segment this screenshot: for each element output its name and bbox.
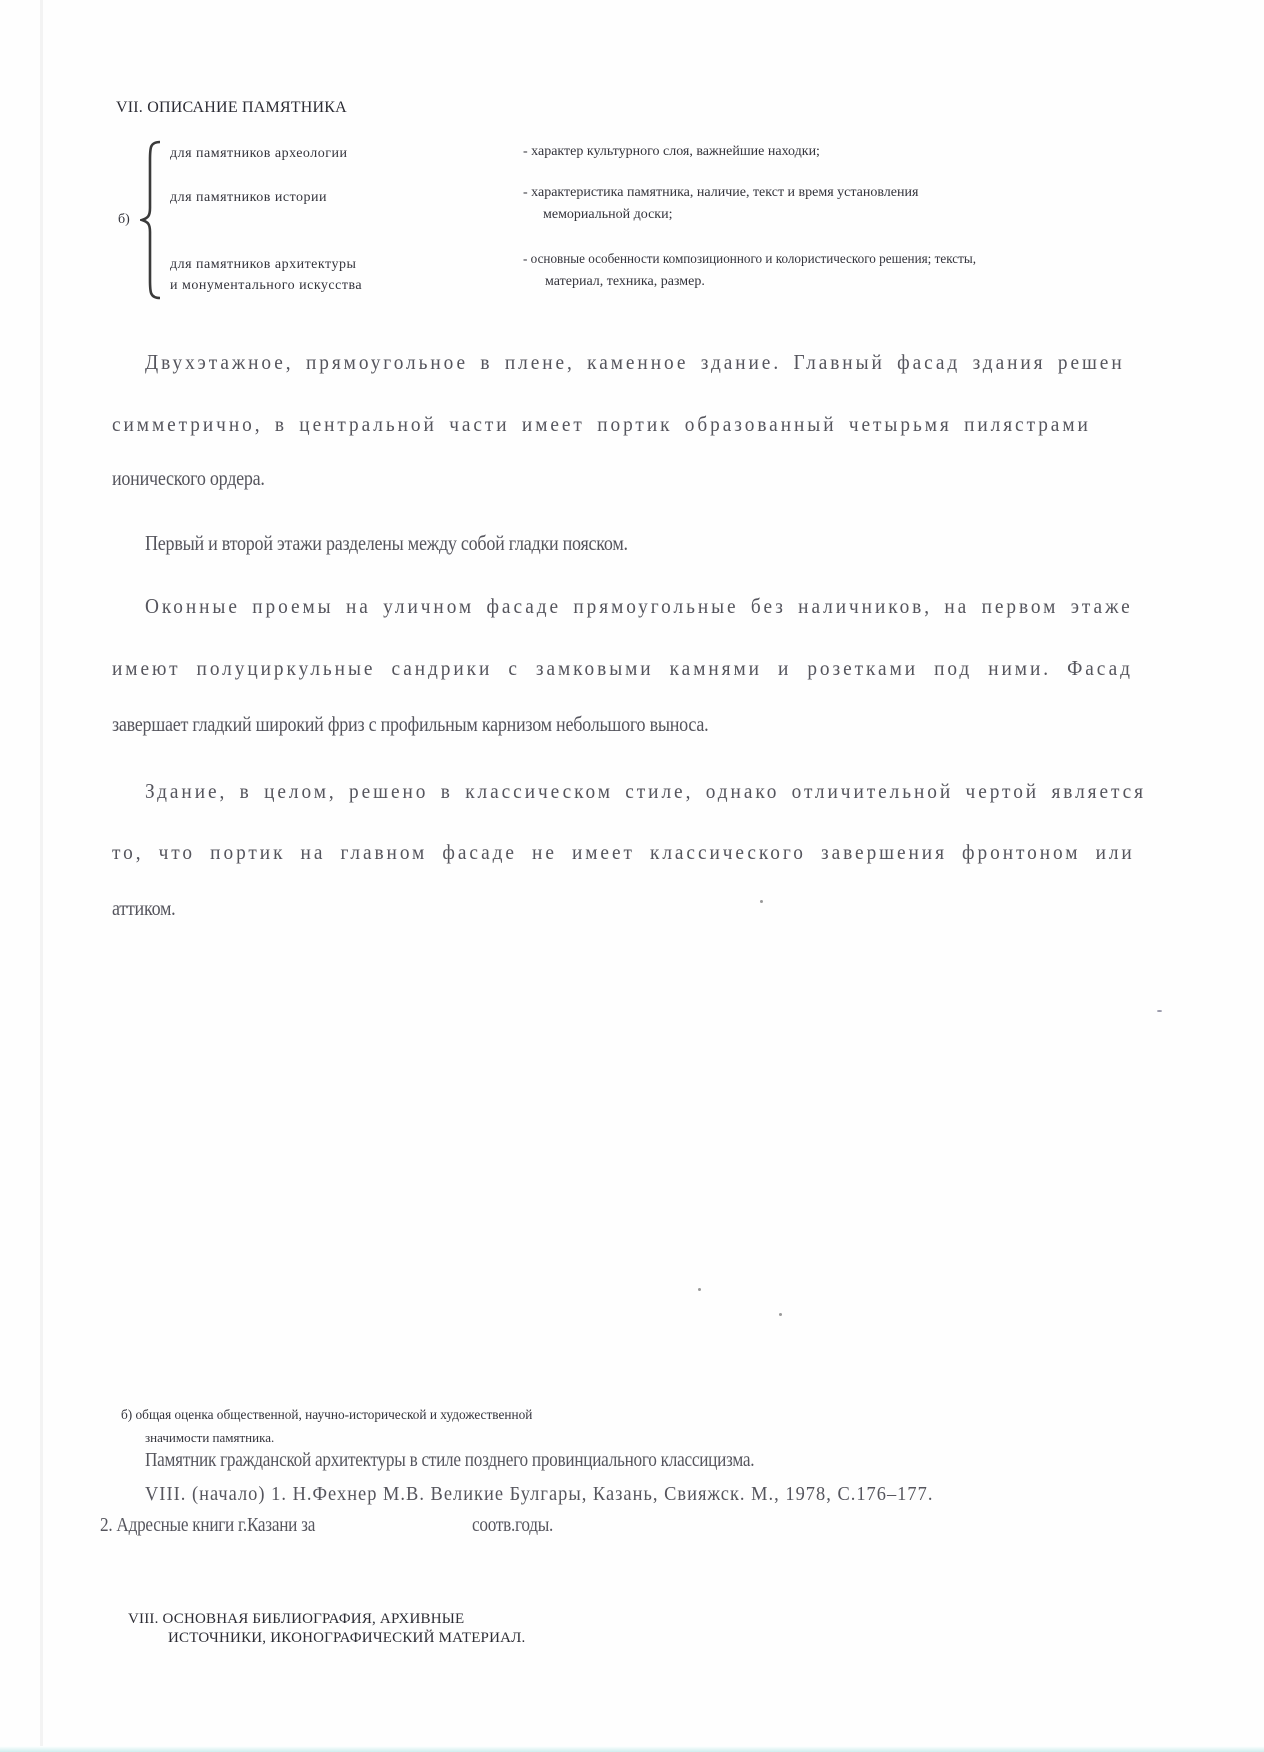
category-label-architecture-cont: и монументального искусства — [170, 278, 362, 294]
bibliography-entry-2: 2. Адресные книги г.Казани за — [100, 1514, 315, 1537]
scan-speck — [760, 900, 763, 903]
bracket-label: б) — [118, 212, 130, 228]
paragraph-4-line-1: Здание, в целом, решено в классическом с… — [145, 779, 1146, 804]
category-description-architecture: - основные особенности композиционного и… — [523, 252, 976, 268]
paragraph-1-line-3: ионического ордера. — [112, 466, 265, 491]
assessment-label-cont: значимости памятника. — [145, 1430, 274, 1446]
assessment-value: Памятник гражданской архитектуры в стиле… — [145, 1449, 754, 1472]
paragraph-3-line-2: имеют полуциркульные сандрики с замковым… — [112, 656, 1133, 681]
curly-brace-icon — [140, 140, 164, 300]
paragraph-3-line-1: Оконные проемы на уличном фасаде прямоуг… — [145, 594, 1133, 619]
section-viii-title-line-1: VIII. ОСНОВНАЯ БИБЛИОГРАФИЯ, АРХИВНЫЕ — [128, 1611, 464, 1628]
category-label-archaeology: для памятников археологии — [170, 146, 347, 162]
scan-speck — [779, 1313, 782, 1316]
paragraph-4-line-2: то, что портик на главном фасаде не имее… — [112, 840, 1135, 865]
assessment-label: б) общая оценка общественной, научно-ист… — [121, 1408, 532, 1424]
category-label-architecture: для памятников архитектуры — [170, 257, 356, 273]
category-description-history: - характеристика памятника, наличие, тек… — [523, 185, 918, 201]
section-viii-title-line-2: ИСТОЧНИКИ, ИКОНОГРАФИЧЕСКИЙ МАТЕРИАЛ. — [168, 1630, 525, 1647]
category-description-archaeology: - характер культурного слоя, важнейшие н… — [523, 144, 820, 160]
scan-edge-bottom — [0, 1746, 1264, 1752]
category-label-history: для памятников истории — [170, 190, 327, 206]
category-description-history-cont: мемориальной доски; — [543, 207, 673, 223]
bibliography-entry-1: VIII. (начало) 1. Н.Фехнер М.В. Великие … — [145, 1483, 933, 1506]
bibliography-entry-2-years: соотв.годы. — [472, 1514, 553, 1537]
paragraph-4-line-3: аттиком. — [112, 896, 175, 921]
paragraph-2: Первый и второй этажи разделены между со… — [145, 531, 628, 556]
paragraph-1-line-1: Двухэтажное, прямоугольное в плене, каме… — [145, 350, 1125, 375]
paragraph-3-line-3: завершает гладкий широкий фриз с профиль… — [112, 712, 708, 737]
scan-speck — [698, 1288, 701, 1291]
category-description-architecture-cont: материал, техника, размер. — [545, 274, 705, 290]
section-vii-title: VII. ОПИСАНИЕ ПАМЯТНИКА — [116, 99, 347, 117]
scan-speck — [1157, 1010, 1162, 1012]
paragraph-1-line-2: симметрично, в центральной части имеет п… — [112, 412, 1091, 437]
scan-edge-shadow — [40, 0, 43, 1752]
